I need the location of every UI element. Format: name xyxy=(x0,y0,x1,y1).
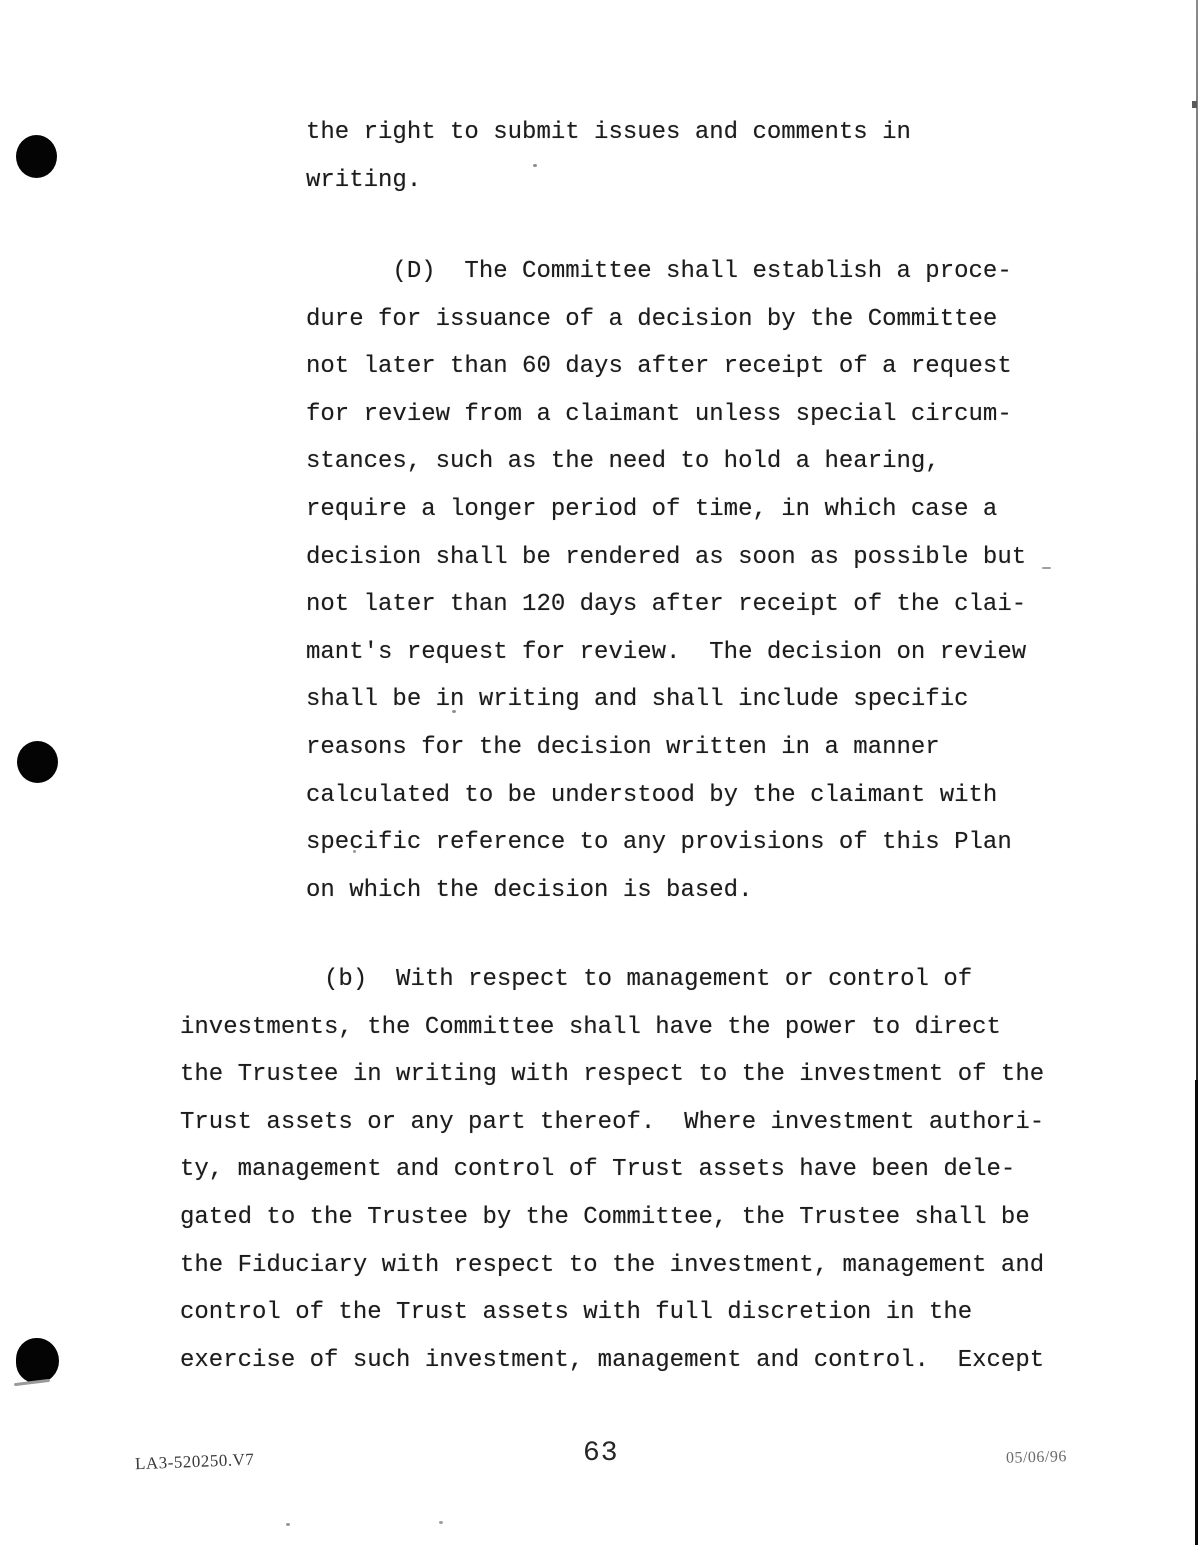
scanner-edge-tick xyxy=(1192,101,1197,108)
text-line: exercise of such investment, management … xyxy=(180,1337,1044,1385)
hole-punch-mark xyxy=(16,1338,59,1383)
text-line: specific reference to any provisions of … xyxy=(306,819,1026,867)
scan-speck xyxy=(439,1521,443,1524)
text-line: calculated to be understood by the claim… xyxy=(306,772,1026,820)
text-line: control of the Trust assets with full di… xyxy=(180,1289,1044,1337)
text-line: dure for issuance of a decision by the C… xyxy=(306,296,1026,344)
text-line: the right to submit issues and comments … xyxy=(306,109,911,157)
footer-date: 05/06/96 xyxy=(1006,1448,1067,1468)
text-line: writing. xyxy=(306,157,911,205)
text-line: ty, management and control of Trust asse… xyxy=(180,1146,1044,1194)
text-line: stances, such as the need to hold a hear… xyxy=(306,438,1026,486)
scan-speck xyxy=(1042,567,1051,569)
scan-smudge xyxy=(14,1379,50,1386)
text-line: (D) The Committee shall establish a proc… xyxy=(306,248,1026,296)
text-line: the Trustee in writing with respect to t… xyxy=(180,1051,1044,1099)
paragraph-intro: the right to submit issues and comments … xyxy=(306,109,911,204)
text-line: not later than 120 days after receipt of… xyxy=(306,581,1026,629)
text-line: (b) With respect to management or contro… xyxy=(180,956,1044,1004)
text-line: mant's request for review. The decision … xyxy=(306,629,1026,677)
text-line: investments, the Committee shall have th… xyxy=(180,1004,1044,1052)
text-line: on which the decision is based. xyxy=(306,867,1026,915)
text-line: require a longer period of time, in whic… xyxy=(306,486,1026,534)
scanned-document-page: the right to submit issues and comments … xyxy=(0,0,1198,1545)
text-line: gated to the Trustee by the Committee, t… xyxy=(180,1194,1044,1242)
text-line: for review from a claimant unless specia… xyxy=(306,391,1026,439)
paragraph-b: (b) With respect to management or contro… xyxy=(180,956,1044,1384)
footer-page-number: 63 xyxy=(583,1438,619,1469)
hole-punch-mark xyxy=(16,135,57,178)
text-line: not later than 60 days after receipt of … xyxy=(306,343,1026,391)
text-line: the Fiduciary with respect to the invest… xyxy=(180,1242,1044,1290)
footer-document-id: LA3-520250.V7 xyxy=(135,1450,255,1475)
text-line: Trust assets or any part thereof. Where … xyxy=(180,1099,1044,1147)
paragraph-d: (D) The Committee shall establish a proc… xyxy=(306,248,1026,914)
scan-speck xyxy=(286,1523,290,1526)
text-line: decision shall be rendered as soon as po… xyxy=(306,534,1026,582)
text-line: reasons for the decision written in a ma… xyxy=(306,724,1026,772)
text-line: shall be in writing and shall include sp… xyxy=(306,676,1026,724)
hole-punch-mark xyxy=(17,741,58,783)
